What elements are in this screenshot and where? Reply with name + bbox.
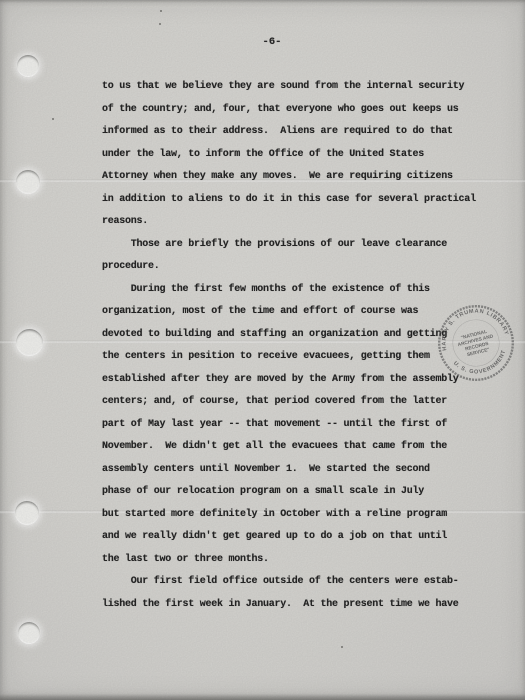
text-line: reasons. [102,211,502,234]
text-line: informed as to their address. Aliens are… [102,121,502,144]
text-line: part of May last year -- that movement -… [102,414,502,437]
text-line: lished the first week in January. At the… [102,594,502,617]
text-line: and we really didn't get geared up to do… [102,526,502,549]
text-line: to us that we believe they are sound fro… [102,76,502,99]
punch-hole [17,55,39,77]
text-line: Attorney when they make any moves. We ar… [102,166,502,189]
punch-hole [16,329,43,356]
text-line: November. We didn't get all the evacuees… [102,436,502,459]
text-line: During the first few months of the exist… [102,279,502,302]
text-line: under the law, to inform the Office of t… [102,144,502,167]
scanned-page: -6- to us that we believe they are sound… [0,0,525,700]
scan-speck [52,118,54,120]
text-line: of the country; and, four, that everyone… [102,99,502,122]
text-line: assembly centers until November 1. We st… [102,459,502,482]
page-number: -6- [242,36,302,48]
text-line: centers; and, of course, that period cov… [102,391,502,414]
text-line: Those are briefly the provisions of our … [102,234,502,257]
scan-speck [159,23,161,25]
scan-edge-bottom [0,694,525,700]
punch-hole [16,170,40,194]
text-line: the last two or three months. [102,549,502,572]
text-line: phase of our relocation program on a sma… [102,481,502,504]
scan-speck [160,10,162,12]
archive-stamp: HARRY S. TRUMAN LIBRARY U. S. GOVERNMENT… [436,303,516,383]
text-line: but started more definitely in October w… [102,504,502,527]
scan-edge-top [0,0,525,3]
text-line: in addition to aliens to do it in this c… [102,189,502,212]
text-line: procedure. [102,256,502,279]
punch-hole [15,501,39,525]
scan-speck [341,646,343,648]
punch-hole [18,622,40,644]
text-line: Our first field office outside of the ce… [102,571,502,594]
